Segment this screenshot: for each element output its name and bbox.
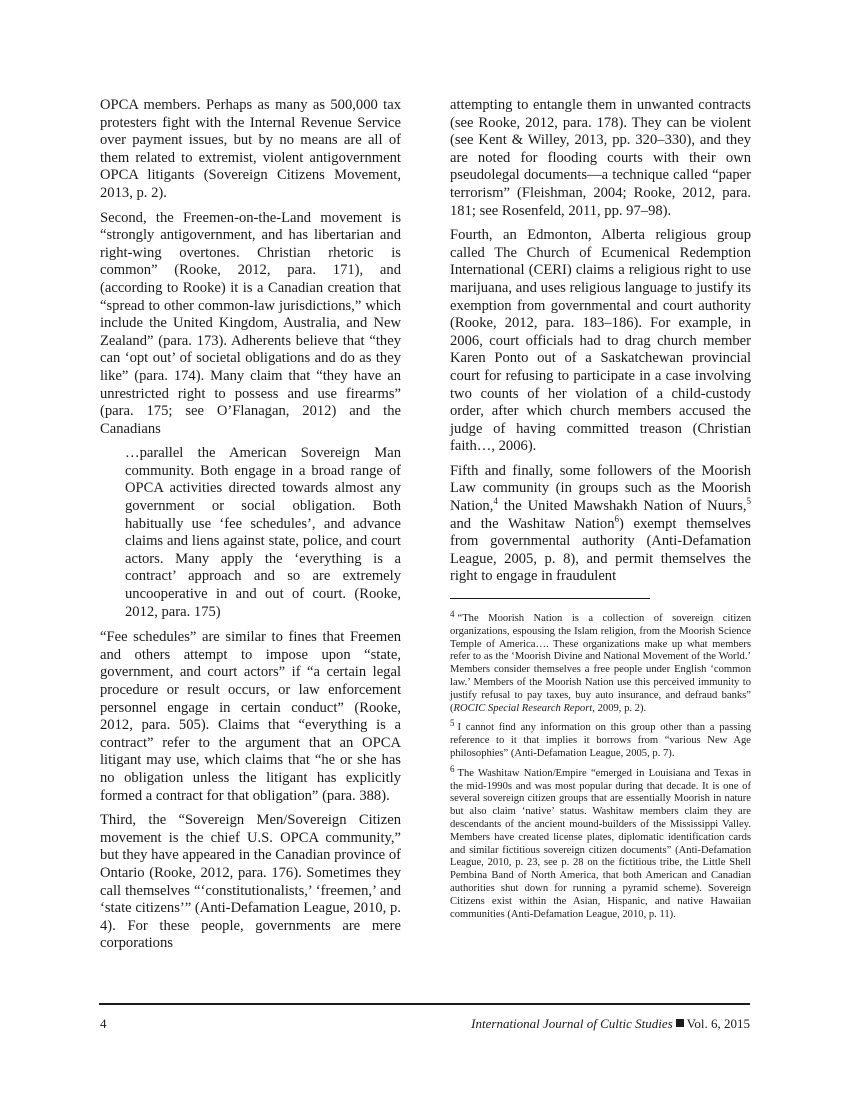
volume-info: Vol. 6, 2015 — [687, 1016, 750, 1031]
page-number: 4 — [100, 1016, 107, 1032]
footer-divider — [99, 1003, 750, 1005]
paragraph: Fifth and finally, some followers of the… — [450, 463, 751, 586]
paragraph: Fourth, an Edmonton, Alberta religious g… — [450, 227, 751, 456]
footnote-5: 5I cannot find any information on this g… — [450, 722, 751, 760]
footnote-ref-5[interactable]: 5 — [747, 496, 752, 506]
paragraph: attempting to entangle them in unwanted … — [450, 97, 751, 220]
left-column: OPCA members. Perhaps as many as 500,000… — [100, 97, 401, 960]
text-run: and the Washitaw Nation — [450, 516, 615, 532]
paragraph: Second, the Freemen-on-the-Land movement… — [100, 210, 401, 439]
block-quote: …parallel the American Sovereign Man com… — [100, 445, 401, 621]
paragraph: “Fee schedules” are similar to fines tha… — [100, 629, 401, 805]
footnote-number: 6 — [450, 764, 455, 774]
paragraph: OPCA members. Perhaps as many as 500,000… — [100, 97, 401, 203]
footnote-number: 4 — [450, 609, 455, 619]
footnote-4: 4“The Moorish Nation is a collection of … — [450, 613, 751, 715]
text-run: the United Mawshakh Nation of Nuurs, — [498, 498, 747, 514]
footnote-text: I cannot find any information on this gr… — [450, 722, 751, 759]
footnote-text: “The Moorish Nation is a collection of s… — [450, 613, 751, 714]
right-column: attempting to entangle them in unwanted … — [450, 97, 751, 928]
footnote-divider — [450, 598, 650, 599]
footnote-text: The Washitaw Nation/Empire “emerged in L… — [450, 768, 751, 920]
footnote-6: 6The Washitaw Nation/Empire “emerged in … — [450, 768, 751, 922]
journal-title: International Journal of Cultic Studies — [471, 1016, 673, 1031]
footnote-italic-title: ROCIC Special Research Report — [454, 703, 593, 714]
square-bullet-icon — [676, 1019, 684, 1027]
paragraph: Third, the “Sovereign Men/Sovereign Citi… — [100, 812, 401, 953]
footnote-text: , 2009, p. 2). — [592, 703, 646, 714]
footnote-number: 5 — [450, 718, 455, 728]
running-footer: International Journal of Cultic StudiesV… — [471, 1016, 750, 1032]
